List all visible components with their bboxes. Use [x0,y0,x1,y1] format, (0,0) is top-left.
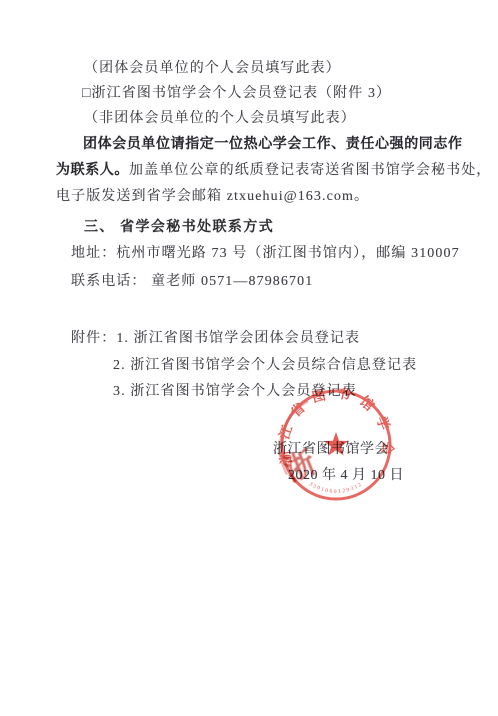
note-non-group-members: （非团体会员单位的个人会员填写此表） [84,111,356,126]
seal-code-text-path: 3301060129312 [308,481,364,495]
section-heading: 三、 省学会秘书处联系方式 [84,219,274,234]
contact-paragraph-line2: 为联系人。加盖单位公章的纸质登记表寄送省图书馆学会秘书处， [56,163,491,178]
contact-paragraph-line3: 电子版发送到省学会邮箱 ztxuehui@163.com。 [56,189,369,204]
phone-line: 联系电话： 童老师 0571—87986701 [71,274,313,289]
contact-paragraph-line2-lead: 为联系人。 [56,163,129,178]
document-page: （团体会员单位的个人会员填写此表） □浙江省图书馆学会个人会员登记表（附件 3）… [0,0,498,716]
signature-date: 2020 年 4 月 10 日 [288,468,404,483]
attachment-item-2: 2. 浙江省图书馆学会个人会员综合信息登记表 [113,358,417,373]
attachments-line-1: 附件：1. 浙江省图书馆学会团体会员登记表 [71,331,360,346]
attachments-label: 附件： [71,331,116,346]
contact-paragraph-line2-rest: 加盖单位公章的纸质登记表寄送省图书馆学会秘书处， [129,163,491,178]
address-line: 地址：杭州市曙光路 73 号（浙江图书馆内），邮编 310007 [71,246,460,261]
checkbox-personal-form-line: □浙江省图书馆学会个人会员登记表（附件 3） [82,86,391,101]
note-group-members: （团体会员单位的个人会员填写此表） [84,61,341,76]
contact-paragraph-line1: 团体会员单位请指定一位热心学会工作、责任心强的同志作 [83,137,463,152]
attachment-item-1: 1. 浙江省图书馆学会团体会员登记表 [116,331,360,346]
attachment-item-3: 3. 浙江省图书馆学会个人会员登记表 [113,384,357,399]
signature-org-name: 浙江省图书馆学会 [273,442,389,457]
